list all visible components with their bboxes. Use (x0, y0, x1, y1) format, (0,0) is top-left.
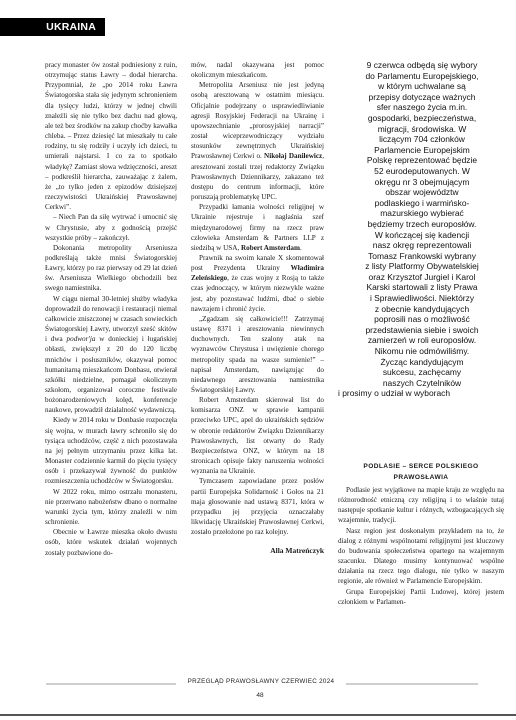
person-name: Robert Amsterdam (241, 244, 300, 252)
announcement-line: i Sprawiedliwości. Niektórzy (338, 293, 506, 304)
italic-term: podwor'ja (67, 335, 96, 343)
paragraph: Przypadki łamania wolności religijnej w … (191, 202, 324, 253)
person-name: Nikołaj Danilewicz (264, 152, 322, 160)
announcement-line: liczącym 704 członków (338, 134, 506, 145)
announcement-line: Nikomu nie odmówiliśmy. (338, 346, 506, 357)
paragraph: W 2022 roku, mimo ostrzału monasteru, ni… (45, 487, 177, 528)
announcement-line: migracji, środowiska. W (338, 124, 506, 135)
announcement-line: nasz okręg reprezentowali (338, 240, 506, 251)
paragraph: Tymczasem zapowiadane przez posłów parti… (191, 476, 324, 537)
announcement-line: i prosimy o udział w wyborach (338, 388, 506, 399)
announcement-line: będziemy trzech europosłów. (338, 219, 506, 230)
section-label: UKRAINA (0, 18, 105, 36)
announcement-line: Tomasz Frankowski wybrany (338, 251, 506, 262)
announcement-line: Życząc kandydującym (338, 357, 506, 368)
announcement-line: zamierzeń w roli europosłów. (338, 335, 506, 346)
paragraph: mów, nadal okazywana jest pomoc okoliczn… (191, 60, 324, 80)
announcement-line: 52 eurodeputowanych. W (338, 166, 506, 177)
announcement-line: 9 czerwca odbędą się wybory (338, 60, 506, 71)
announcement-line: podlaskiego i warmińsko- (338, 198, 506, 209)
announcement-line: Parlamencie Europejskim (338, 145, 506, 156)
paragraph: W ciągu niemal 30-letniej służby władyka… (45, 294, 177, 416)
announcement-line: naszych Czytelników (338, 378, 506, 389)
announcement-line: przedstawienia siebie i swoich (338, 325, 506, 336)
announcement-line: sukcesu, zachęcamy (338, 367, 506, 378)
paragraph: Podlasie jest wyjątkowe na mapie kraju z… (338, 485, 504, 526)
article-column-2: mów, nadal okazywana jest pomoc okoliczn… (191, 60, 324, 557)
paragraph-text: w donieckiej i ługańskiej obłasti, zwięk… (45, 335, 177, 414)
announcement-line: gospodarki, bezpieczeństwa, (338, 113, 506, 124)
announcement-line: przepisy dotyczące ważnych (338, 92, 506, 103)
subheading-line: Podlasie – serce polskiego (338, 462, 504, 473)
announcement-line: poprosili nas o możliwość (338, 314, 506, 325)
announcement-line: z obecnie kandydujących (338, 304, 506, 315)
paragraph: Obecnie w Ławrze mieszka około dwustu os… (45, 527, 177, 557)
paragraph: „Zgadzam się całkowicie!!! Zatrzymaj ust… (191, 314, 324, 395)
announcement-line: w którym uchwalane są (338, 81, 506, 92)
article-column-3: Podlasie jest wyjątkowe na mapie kraju z… (338, 485, 504, 607)
paragraph: Grupa Europejskiej Partii Ludowej, które… (338, 587, 504, 607)
footer-divider-right (346, 683, 478, 685)
paragraph: Nasz region jest doskonałym przykładem n… (338, 526, 504, 587)
section-subheading: Podlasie – serce polskiego prawosławia (338, 462, 504, 483)
announcement-line: obszar województw (338, 187, 506, 198)
announcement-line: Karski startowali z listy Prawa (338, 282, 506, 293)
announcement-line: Polskę reprezentować będzie (338, 155, 506, 166)
article-column-1: pracy monaster ów został podniesiony z r… (45, 60, 177, 558)
announcement-line: z listy Platformy Obywatelskiej (338, 261, 506, 272)
paragraph: Kiedy w 2014 roku w Donbasie rozpoczęła … (45, 415, 177, 486)
announcement-line: sfer naszego życia m.in. (338, 102, 506, 113)
paragraph: pracy monaster ów został podniesiony z r… (45, 60, 177, 212)
announcement-line: W kończącej się kadencji (338, 230, 506, 241)
publication-title: PRZEGLĄD PRAWOSŁAWNY CZERWIEC 2024 (176, 678, 346, 685)
announcement-line: oraz Krzysztof Jurgiel i Karol (338, 272, 506, 283)
announcement-line: do Parlamentu Europejskiego, (338, 71, 506, 82)
paragraph: Robert Amsterdam skierował list do komis… (191, 395, 324, 476)
paragraph-text: Metropolita Arseniusz nie jest jedyną os… (191, 81, 324, 160)
announcement-line: okręgu nr 3 obejmującym (338, 177, 506, 188)
election-announcement: 9 czerwca odbędą się wybory do Parlament… (338, 60, 506, 399)
subheading-line: prawosławia (338, 473, 504, 484)
page-number: 48 (240, 692, 280, 699)
footer-divider-left (46, 683, 176, 685)
paragraph: Metropolita Arseniusz nie jest jedyną os… (191, 80, 324, 202)
paragraph: – Niech Pan da siłę wytrwać i umocnić si… (45, 212, 177, 242)
paragraph: Prawnik na swoim kanale X skomentował po… (191, 253, 324, 314)
author-signature: Alla Matreńczyk (191, 546, 324, 556)
announcement-line: mazurskiego wybierać (338, 208, 506, 219)
paragraph: Dokonania metropolity Arseniusza podkreś… (45, 243, 177, 294)
page-bottom-edge (0, 714, 516, 716)
